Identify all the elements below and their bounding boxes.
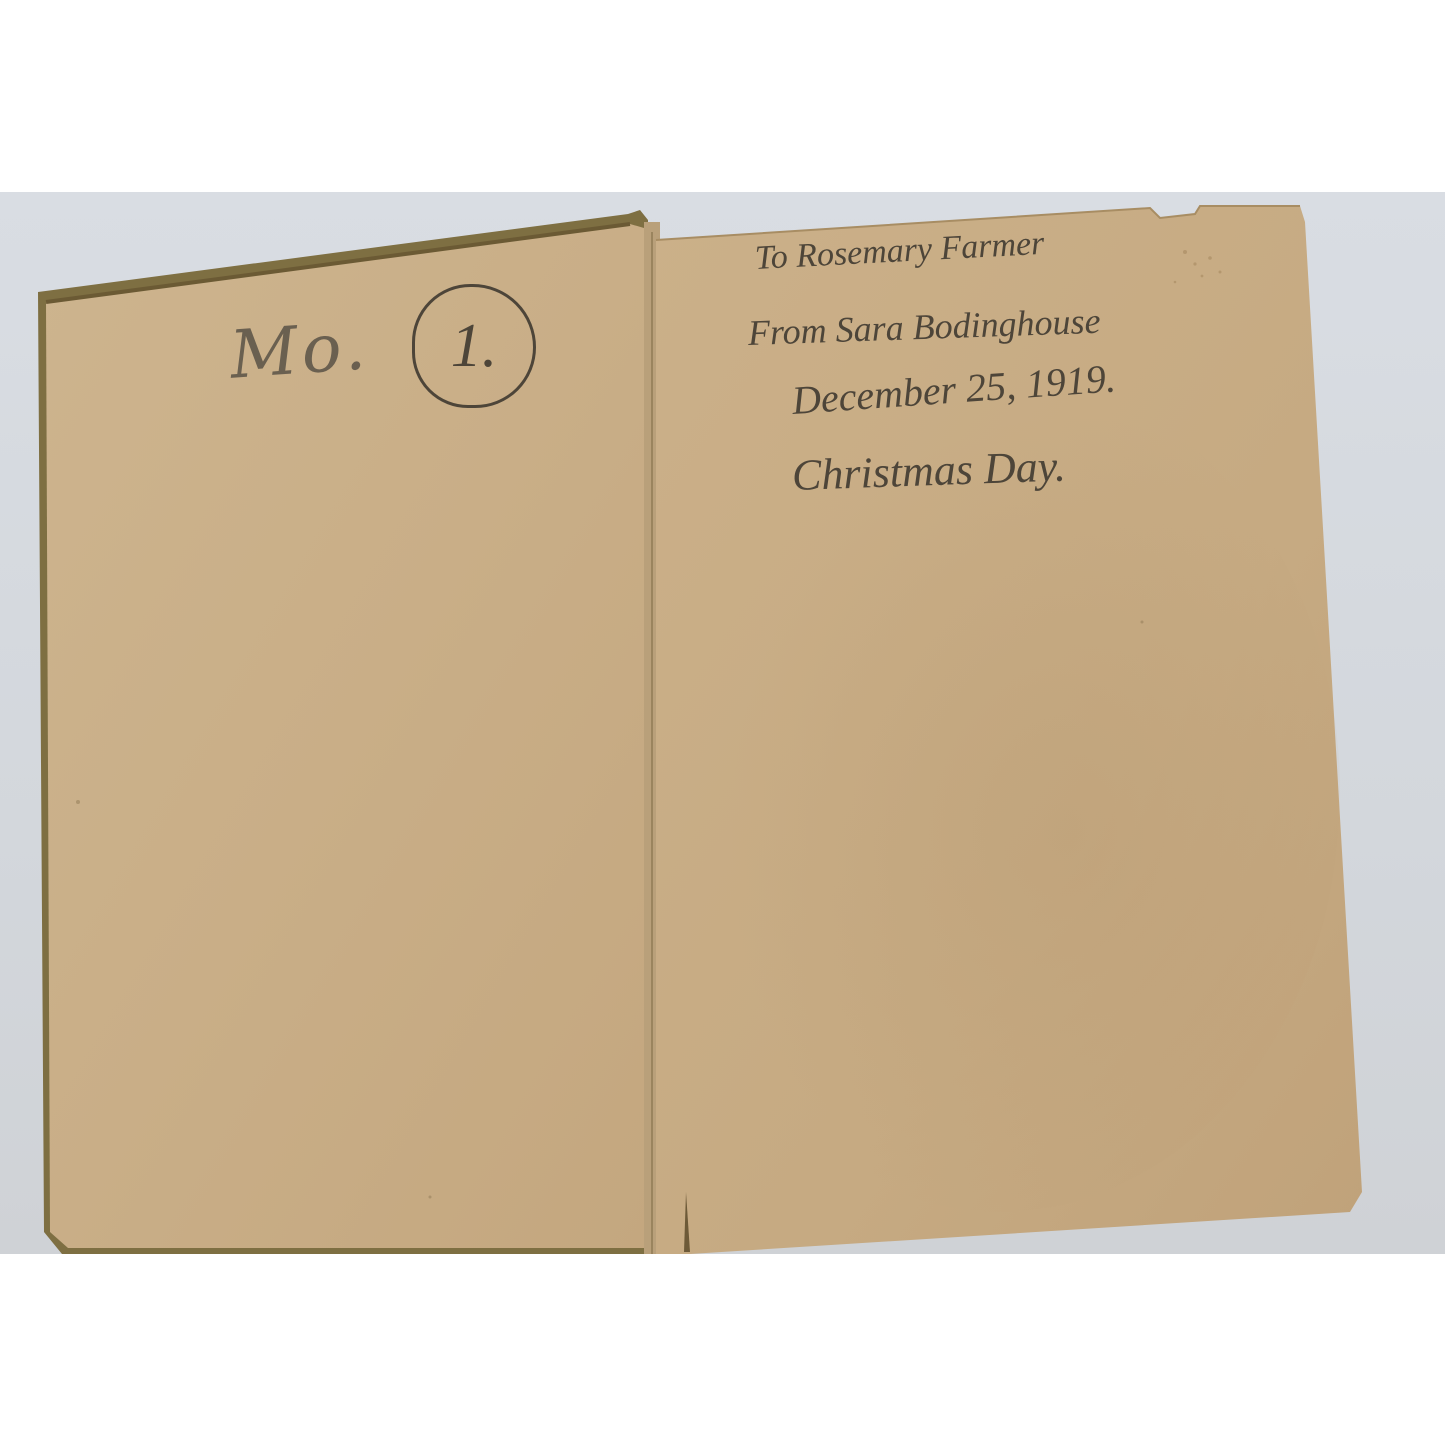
right-endpaper: To Rosemary Farmer From Sara Bodinghouse… bbox=[650, 192, 1370, 1254]
inscription-sender: From Sara Bodinghouse bbox=[747, 300, 1101, 354]
inscription-recipient: To Rosemary Farmer bbox=[754, 225, 1045, 278]
circled-number-annotation: 1. bbox=[412, 284, 536, 408]
inscription-occasion: Christmas Day. bbox=[791, 440, 1066, 501]
pencil-annotation-mo: Mo. bbox=[227, 307, 371, 394]
book-photograph: Mo. 1. To Rosemary Farmer From Sara Bodi… bbox=[0, 192, 1445, 1254]
inscription-date: December 25, 1919. bbox=[790, 354, 1117, 424]
left-endpaper: Mo. 1. bbox=[40, 192, 660, 1254]
